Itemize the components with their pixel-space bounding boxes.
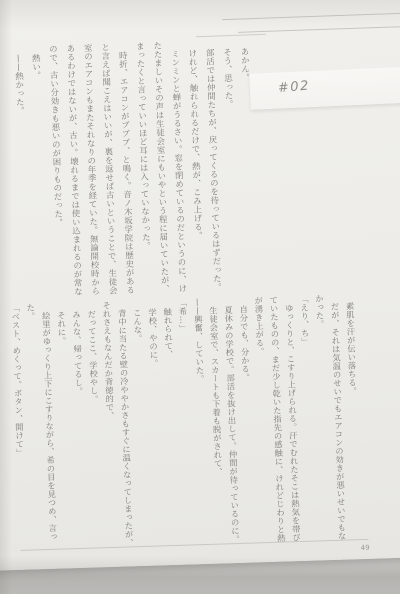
lower-text-block: 素肌を汗が伝い落ちる。 だが、それは気温のせいでもエアコンの効きが悪いせいでもな… xyxy=(5,293,365,552)
chapter-tab: #02 xyxy=(249,66,400,110)
paragraph: ゆっくりと、こすり上げられる。汗でむれたそこは熱気を帯びていたものの、まだ少し乾… xyxy=(250,295,303,544)
photographed-book-page: あかん。 そう、思った。 部活では仲間たちが、戻ってくるのを待っているはずだった… xyxy=(0,0,400,594)
upper-text-block: あかん。 そう、思った。 部活では仲間たちが、戻ってくるのを待っているはずだった… xyxy=(3,38,261,298)
paragraph: 時折、エアコンがブブブ、と鳴く。音ノ木坂学院は歴史があると言えば聞こえはいいが、… xyxy=(44,42,139,297)
chapter-number-label: #02 xyxy=(277,79,310,97)
paragraph: ミンミンと蝉がうるさい。窓を閉めているのだというのに、けたたましいその声は生徒会… xyxy=(131,40,191,294)
page-number: 49 xyxy=(361,544,370,552)
